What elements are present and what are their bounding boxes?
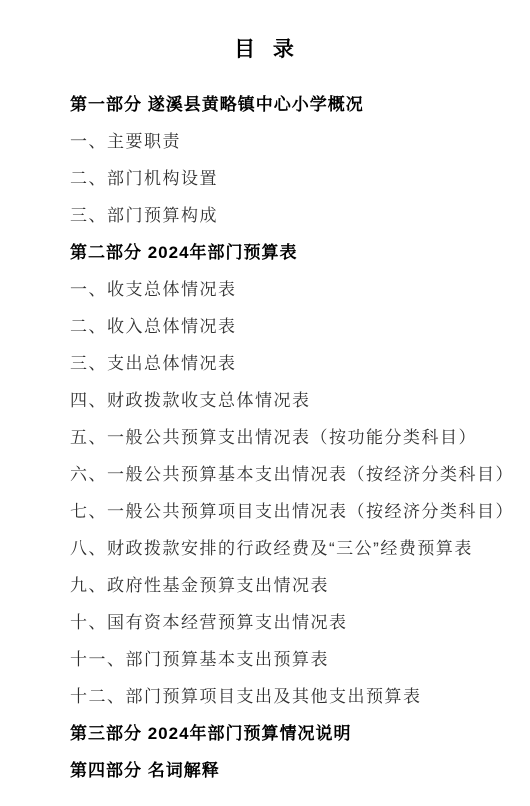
toc-item: 六、一般公共预算基本支出情况表（按经济分类科目）: [70, 456, 490, 493]
toc-item: 七、一般公共预算项目支出情况表（按经济分类科目）: [70, 493, 490, 530]
document-title: 目 录: [0, 36, 530, 64]
toc-item: 十、国有资本经营预算支出情况表: [70, 604, 490, 641]
toc-section-heading: 第四部分 名词解释: [70, 752, 490, 789]
toc-section-heading: 第一部分 遂溪县黄略镇中心小学概况: [70, 86, 490, 123]
toc-item: 八、财政拨款安排的行政经费及“三公”经费预算表: [70, 530, 490, 567]
toc-item: 九、政府性基金预算支出情况表: [70, 567, 490, 604]
toc-item: 二、收入总体情况表: [70, 308, 490, 345]
toc-list: 第一部分 遂溪县黄略镇中心小学概况一、主要职责二、部门机构设置三、部门预算构成第…: [70, 86, 490, 789]
toc-section-heading: 第三部分 2024年部门预算情况说明: [70, 715, 490, 752]
toc-item: 五、一般公共预算支出情况表（按功能分类科目）: [70, 419, 490, 456]
toc-item: 四、财政拨款收支总体情况表: [70, 382, 490, 419]
toc-item: 三、部门预算构成: [70, 197, 490, 234]
toc-section-heading: 第二部分 2024年部门预算表: [70, 234, 490, 271]
toc-item: 三、支出总体情况表: [70, 345, 490, 382]
toc-item: 十二、部门预算项目支出及其他支出预算表: [70, 678, 490, 715]
document-page: 目 录 第一部分 遂溪县黄略镇中心小学概况一、主要职责二、部门机构设置三、部门预…: [0, 0, 530, 806]
toc-item: 一、主要职责: [70, 123, 490, 160]
toc-item: 二、部门机构设置: [70, 160, 490, 197]
toc-item: 十一、部门预算基本支出预算表: [70, 641, 490, 678]
toc-item: 一、收支总体情况表: [70, 271, 490, 308]
